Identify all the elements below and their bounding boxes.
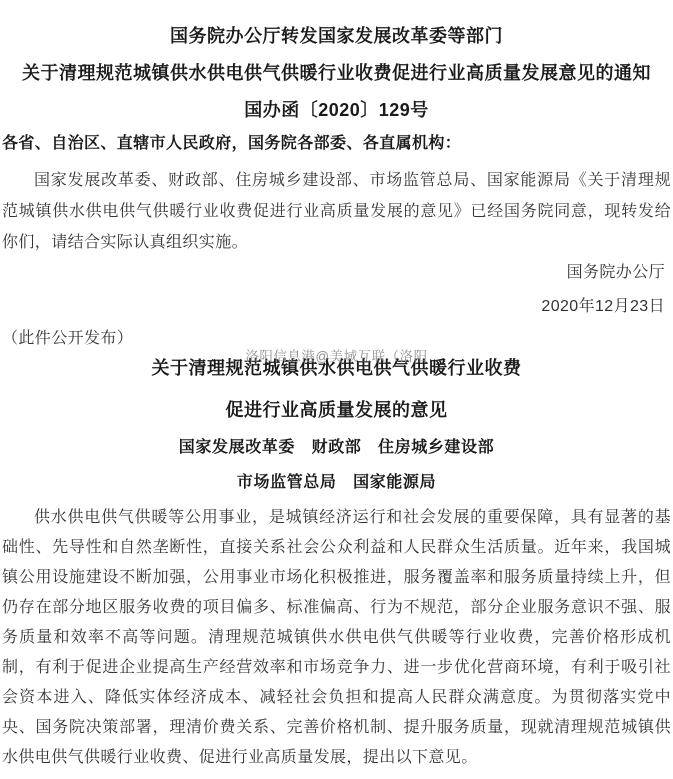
notice-title-line2: 关于清理规范城镇供水供电供气供暖行业收费促进行业高质量发展意见的通知 — [2, 55, 671, 92]
opinion-issuers-block: 国家发展改革委 财政部 住房城乡建设部 市场监管总局 国家能源局 — [2, 434, 671, 497]
opinion-title-line1: 关于清理规范城镇供水供电供气供暖行业收费 — [2, 354, 671, 382]
notice-date: 2020年12月23日 — [2, 292, 665, 322]
publish-note: （此件公开发布） — [2, 324, 671, 354]
notice-body-paragraph: 国家发展改革委、财政部、住房城乡建设部、市场监管总局、国家能源局《关于清理规范城… — [2, 165, 671, 258]
notice-header: 国务院办公厅转发国家发展改革委等部门 关于清理规范城镇供水供电供气供暖行业收费促… — [2, 18, 671, 129]
document-page: 国务院办公厅转发国家发展改革委等部门 关于清理规范城镇供水供电供气供暖行业收费促… — [0, 0, 673, 779]
opinion-title-line2: 促进行业高质量发展的意见 — [2, 396, 671, 424]
opinion-issuers-line2: 市场监管总局 国家能源局 — [2, 469, 671, 497]
notice-doc-number: 国办函〔2020〕129号 — [2, 92, 671, 129]
opinion-issuers-line1: 国家发展改革委 财政部 住房城乡建设部 — [2, 434, 671, 462]
opinion-title-block: 洛阳信息港@美域互联（洛阳 关于清理规范城镇供水供电供气供暖行业收费 促进行业高… — [2, 354, 671, 424]
notice-signer: 国务院办公厅 — [2, 258, 665, 288]
notice-title-line1: 国务院办公厅转发国家发展改革委等部门 — [2, 18, 671, 55]
opinion-intro-paragraph: 供水供电供气供暖等公用事业，是城镇经济运行和社会发展的重要保障，具有显著的基础性… — [2, 503, 671, 773]
notice-salutation: 各省、自治区、直辖市人民政府，国务院各部委、各直属机构： — [2, 129, 671, 159]
